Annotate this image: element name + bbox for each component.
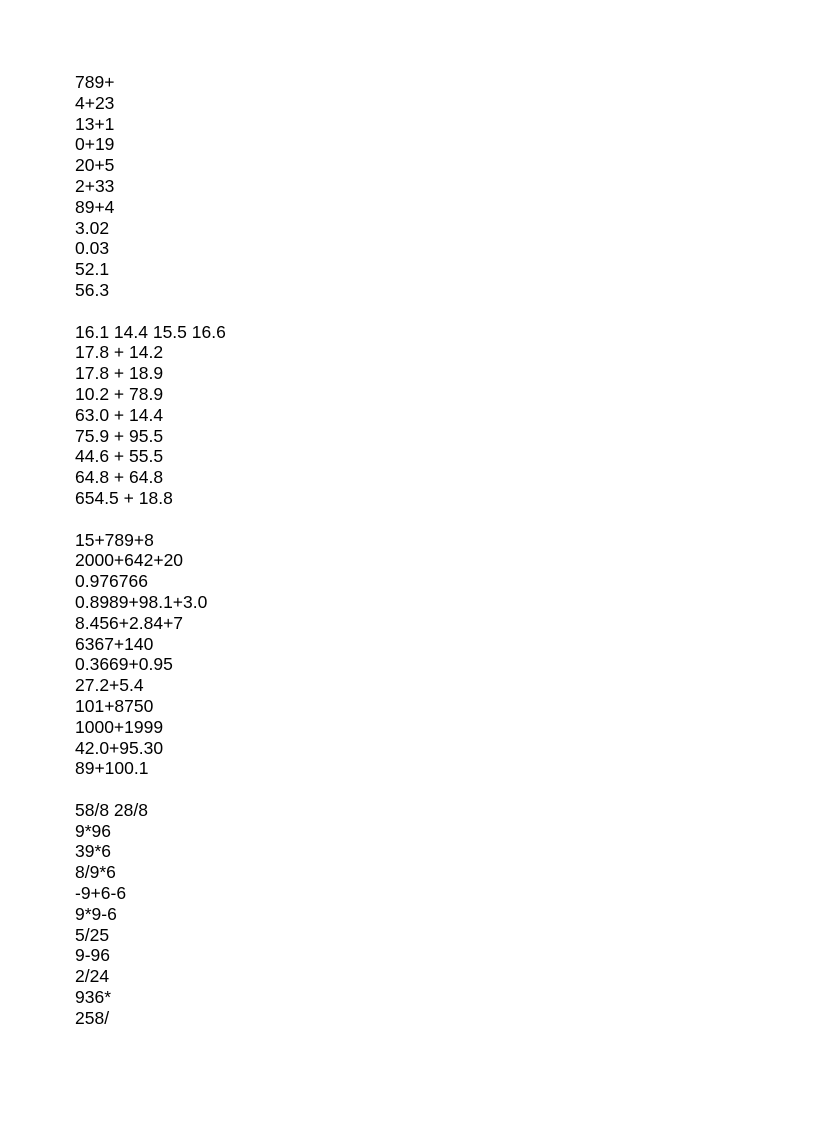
text-line: 8/9*6 bbox=[75, 862, 226, 883]
text-line: 654.5 + 18.8 bbox=[75, 488, 226, 509]
text-line: 75.9 + 95.5 bbox=[75, 426, 226, 447]
text-line: 10.2 + 78.9 bbox=[75, 384, 226, 405]
text-line: 17.8 + 14.2 bbox=[75, 342, 226, 363]
text-line: 4+23 bbox=[75, 93, 226, 114]
text-line: 2/24 bbox=[75, 966, 226, 987]
text-line: 56.3 bbox=[75, 280, 226, 301]
text-line: 2000+642+20 bbox=[75, 550, 226, 571]
text-line: 0.03 bbox=[75, 238, 226, 259]
text-line: 16.1 14.4 15.5 16.6 bbox=[75, 322, 226, 343]
block-addition-mixed: 15+789+8 2000+642+20 0.976766 0.8989+98.… bbox=[75, 530, 226, 780]
document-page: 789+ 4+23 13+1 0+19 20+5 2+33 89+4 3.02 … bbox=[75, 72, 226, 1049]
text-line: 5/25 bbox=[75, 925, 226, 946]
text-line: 2+33 bbox=[75, 176, 226, 197]
text-line: 9*9-6 bbox=[75, 904, 226, 925]
text-line: 52.1 bbox=[75, 259, 226, 280]
text-line: 89+100.1 bbox=[75, 758, 226, 779]
text-line: 0+19 bbox=[75, 134, 226, 155]
text-line: 258/ bbox=[75, 1008, 226, 1029]
text-line: 6367+140 bbox=[75, 634, 226, 655]
block-addition-simple: 789+ 4+23 13+1 0+19 20+5 2+33 89+4 3.02 … bbox=[75, 72, 226, 301]
text-line: 58/8 28/8 bbox=[75, 800, 226, 821]
text-line: 1000+1999 bbox=[75, 717, 226, 738]
text-line: 15+789+8 bbox=[75, 530, 226, 551]
text-line: 789+ bbox=[75, 72, 226, 93]
text-line: 39*6 bbox=[75, 841, 226, 862]
text-line: 44.6 + 55.5 bbox=[75, 446, 226, 467]
text-line: 9*96 bbox=[75, 821, 226, 842]
text-line: 63.0 + 14.4 bbox=[75, 405, 226, 426]
text-line: 42.0+95.30 bbox=[75, 738, 226, 759]
text-line: -9+6-6 bbox=[75, 883, 226, 904]
text-line: 8.456+2.84+7 bbox=[75, 613, 226, 634]
block-mixed-operations: 58/8 28/8 9*96 39*6 8/9*6 -9+6-6 9*9-6 5… bbox=[75, 800, 226, 1029]
text-line: 9-96 bbox=[75, 945, 226, 966]
text-line: 101+8750 bbox=[75, 696, 226, 717]
text-line: 17.8 + 18.9 bbox=[75, 363, 226, 384]
text-line: 0.8989+98.1+3.0 bbox=[75, 592, 226, 613]
text-line: 936* bbox=[75, 987, 226, 1008]
text-line: 0.976766 bbox=[75, 571, 226, 592]
text-line: 13+1 bbox=[75, 114, 226, 135]
text-line: 64.8 + 64.8 bbox=[75, 467, 226, 488]
text-line: 0.3669+0.95 bbox=[75, 654, 226, 675]
block-addition-decimal: 16.1 14.4 15.5 16.6 17.8 + 14.2 17.8 + 1… bbox=[75, 322, 226, 509]
text-line: 89+4 bbox=[75, 197, 226, 218]
text-line: 27.2+5.4 bbox=[75, 675, 226, 696]
text-line: 3.02 bbox=[75, 218, 226, 239]
text-line: 20+5 bbox=[75, 155, 226, 176]
